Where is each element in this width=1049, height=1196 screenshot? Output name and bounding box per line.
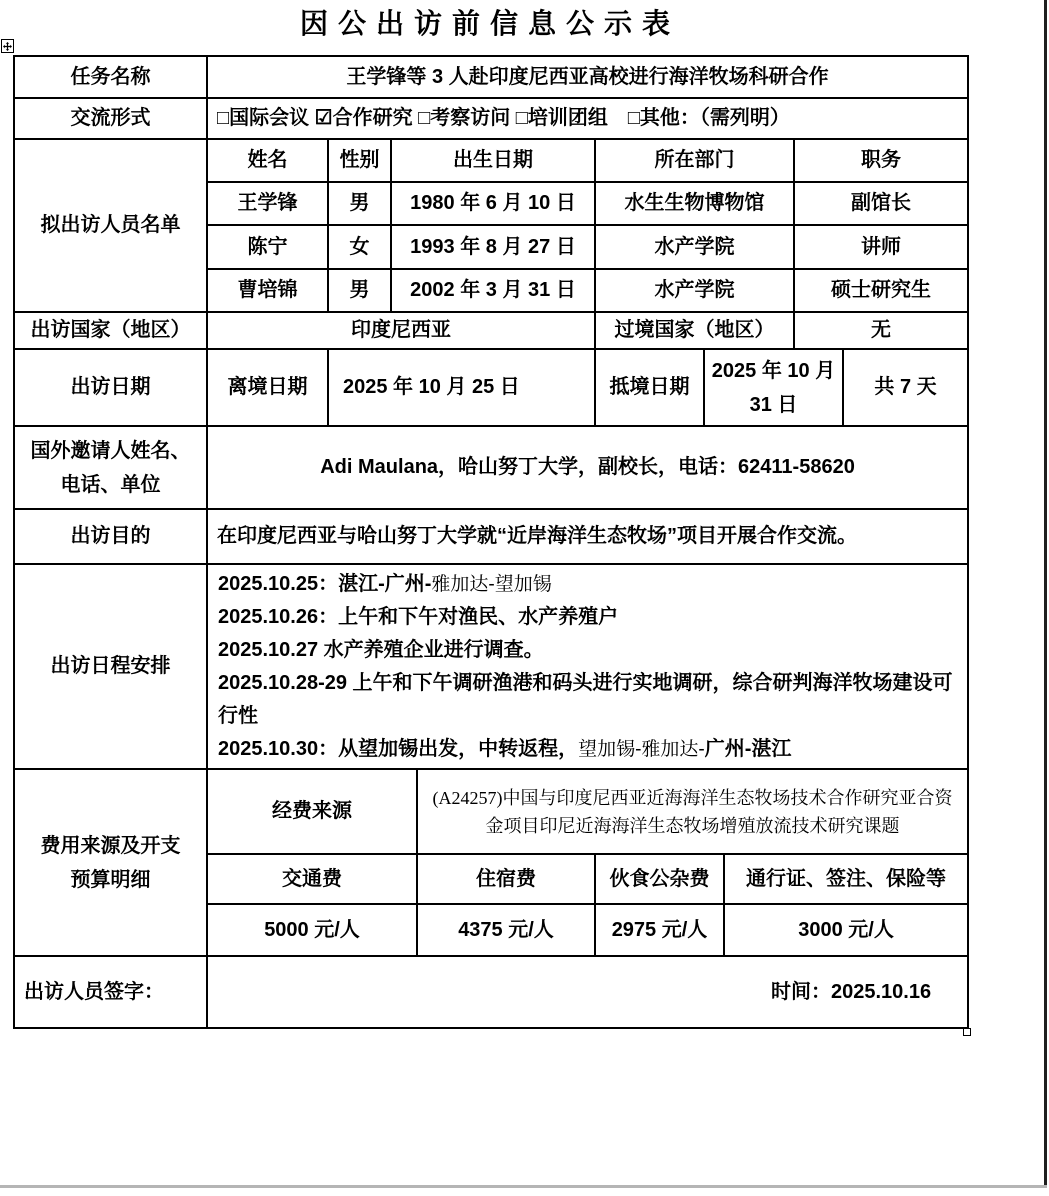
cell-exchange-label[interactable]: 交流形式: [14, 98, 207, 139]
cell-inviter-value[interactable]: Adi Maulana，哈山努丁大学，副校长，电话：62411-58620: [207, 426, 968, 509]
budget-label-line1: 费用来源及开支: [41, 835, 181, 857]
cell-purpose-value[interactable]: 在印度尼西亚与哈山努丁大学就“近岸海洋生态牧场”项目开展合作交流。: [207, 509, 968, 564]
cell-funding-source-value[interactable]: (A24257)中国与印度尼西亚近海海洋生态牧场技术合作研究亚合资金项目印尼近海…: [417, 769, 968, 854]
cell-depart-date[interactable]: 2025 年 10 月 25 日: [328, 349, 595, 426]
cell-transit-country[interactable]: 无: [794, 312, 968, 349]
cell-person-title[interactable]: 副馆长: [794, 182, 968, 225]
row-exchange-type: 交流形式 □国际会议 ☑合作研究 □考察访问 □培训团组 □其他：（需列明）: [14, 98, 968, 139]
cell-person-gender[interactable]: 女: [328, 225, 391, 269]
row-purpose: 出访目的 在印度尼西亚与哈山努丁大学就“近岸海洋生态牧场”项目开展合作交流。: [14, 509, 968, 564]
row-inviter: 国外邀请人姓名、 电话、单位 Adi Maulana，哈山努丁大学，副校长，电话…: [14, 426, 968, 509]
cell-signature-time[interactable]: 时间：2025.10.16: [207, 956, 968, 1028]
cell-person-dept[interactable]: 水产学院: [595, 225, 794, 269]
cell-person-title[interactable]: 讲师: [794, 225, 968, 269]
cell-personnel-label[interactable]: 拟出访人员名单: [14, 139, 207, 312]
row-dates: 出访日期 离境日期 2025 年 10 月 25 日 抵境日期 2025 年 1…: [14, 349, 968, 426]
cell-task-value[interactable]: 王学锋等 3 人赴印度尼西亚高校进行海洋牧场科研合作: [207, 56, 968, 98]
cell-person-birth[interactable]: 2002 年 3 月 31 日: [391, 269, 595, 312]
itinerary-line: 2025.10.30：从望加锡出发，中转返程，望加锡-雅加达-广州-湛江: [218, 733, 963, 766]
cell-person-birth[interactable]: 1993 年 8 月 27 日: [391, 225, 595, 269]
cell-person-dept[interactable]: 水生生物博物馆: [595, 182, 794, 225]
row-personnel-header: 拟出访人员名单 姓名 性别 出生日期 所在部门 职务: [14, 139, 968, 182]
cell-person-gender[interactable]: 男: [328, 269, 391, 312]
cell-signature-label[interactable]: 出访人员签字：: [14, 956, 207, 1028]
cell-itinerary-value[interactable]: 2025.10.25：湛江-广州-雅加达-望加锡 2025.10.26：上午和下…: [207, 564, 968, 769]
table-resize-handle-icon[interactable]: [963, 1028, 971, 1036]
inviter-label-line1: 国外邀请人姓名、: [31, 440, 191, 462]
cell-dates-label[interactable]: 出访日期: [14, 349, 207, 426]
row-task: 任务名称 王学锋等 3 人赴印度尼西亚高校进行海洋牧场科研合作: [14, 56, 968, 98]
cell-duration[interactable]: 共 7 天: [843, 349, 968, 426]
row-countries: 出访国家（地区） 印度尼西亚 过境国家（地区） 无: [14, 312, 968, 349]
cell-dest-country-label[interactable]: 出访国家（地区）: [14, 312, 207, 349]
cell-budget-label[interactable]: 费用来源及开支 预算明细: [14, 769, 207, 956]
budget-label-line2: 预算明细: [71, 869, 151, 891]
cell-funding-source-label[interactable]: 经费来源: [207, 769, 417, 854]
cell-dest-country[interactable]: 印度尼西亚: [207, 312, 595, 349]
inviter-label-line2: 电话、单位: [61, 474, 161, 496]
cell-person-name[interactable]: 陈宁: [207, 225, 328, 269]
col-header-name[interactable]: 姓名: [207, 139, 328, 182]
itinerary-line: 2025.10.27 水产养殖企业进行调查。: [218, 634, 963, 667]
window-right-edge: [1044, 0, 1047, 1188]
cell-person-title[interactable]: 硕士研究生: [794, 269, 968, 312]
cell-cost-meals[interactable]: 2975 元/人: [595, 904, 724, 956]
cell-arrive-date[interactable]: 2025 年 10 月 31 日: [704, 349, 843, 426]
cell-cost-lodging[interactable]: 4375 元/人: [417, 904, 595, 956]
form-table: 任务名称 王学锋等 3 人赴印度尼西亚高校进行海洋牧场科研合作 交流形式 □国际…: [13, 55, 969, 1029]
table-move-handle[interactable]: [1, 39, 14, 53]
window-bottom-edge: [0, 1185, 1047, 1188]
itinerary-line: 2025.10.26：上午和下午对渔民、水产养殖户: [218, 601, 963, 634]
cell-person-name[interactable]: 王学锋: [207, 182, 328, 225]
cell-cost-header-lodging[interactable]: 住宿费: [417, 854, 595, 904]
itinerary-line: 2025.10.28-29 上午和下午调研渔港和码头进行实地调研，综合研判海洋牧…: [218, 667, 963, 733]
row-signature: 出访人员签字： 时间：2025.10.16: [14, 956, 968, 1028]
row-itinerary: 出访日程安排 2025.10.25：湛江-广州-雅加达-望加锡 2025.10.…: [14, 564, 968, 769]
cell-person-dept[interactable]: 水产学院: [595, 269, 794, 312]
cell-purpose-label[interactable]: 出访目的: [14, 509, 207, 564]
cell-person-name[interactable]: 曹培锦: [207, 269, 328, 312]
cell-person-birth[interactable]: 1980 年 6 月 10 日: [391, 182, 595, 225]
cell-exchange-checkboxes[interactable]: □国际会议 ☑合作研究 □考察访问 □培训团组 □其他：（需列明）: [207, 98, 968, 139]
cell-cost-transport[interactable]: 5000 元/人: [207, 904, 417, 956]
cell-arrive-label[interactable]: 抵境日期: [595, 349, 704, 426]
table-move-handle-icon: [3, 42, 12, 51]
cell-cost-visa[interactable]: 3000 元/人: [724, 904, 968, 956]
col-header-department[interactable]: 所在部门: [595, 139, 794, 182]
col-header-gender[interactable]: 性别: [328, 139, 391, 182]
cell-cost-header-transport[interactable]: 交通费: [207, 854, 417, 904]
cell-person-gender[interactable]: 男: [328, 182, 391, 225]
cell-transit-country-label[interactable]: 过境国家（地区）: [595, 312, 794, 349]
page-title: 因公出访前信息公示表: [13, 2, 967, 42]
cell-task-label[interactable]: 任务名称: [14, 56, 207, 98]
cell-itinerary-label[interactable]: 出访日程安排: [14, 564, 207, 769]
cell-inviter-label[interactable]: 国外邀请人姓名、 电话、单位: [14, 426, 207, 509]
cell-cost-header-meals[interactable]: 伙食公杂费: [595, 854, 724, 904]
itinerary-line: 2025.10.25：湛江-广州-雅加达-望加锡: [218, 568, 963, 601]
col-header-title[interactable]: 职务: [794, 139, 968, 182]
row-budget-source: 费用来源及开支 预算明细 经费来源 (A24257)中国与印度尼西亚近海海洋生态…: [14, 769, 968, 854]
cell-cost-header-visa[interactable]: 通行证、签注、保险等: [724, 854, 968, 904]
col-header-birthdate[interactable]: 出生日期: [391, 139, 595, 182]
cell-depart-label[interactable]: 离境日期: [207, 349, 328, 426]
